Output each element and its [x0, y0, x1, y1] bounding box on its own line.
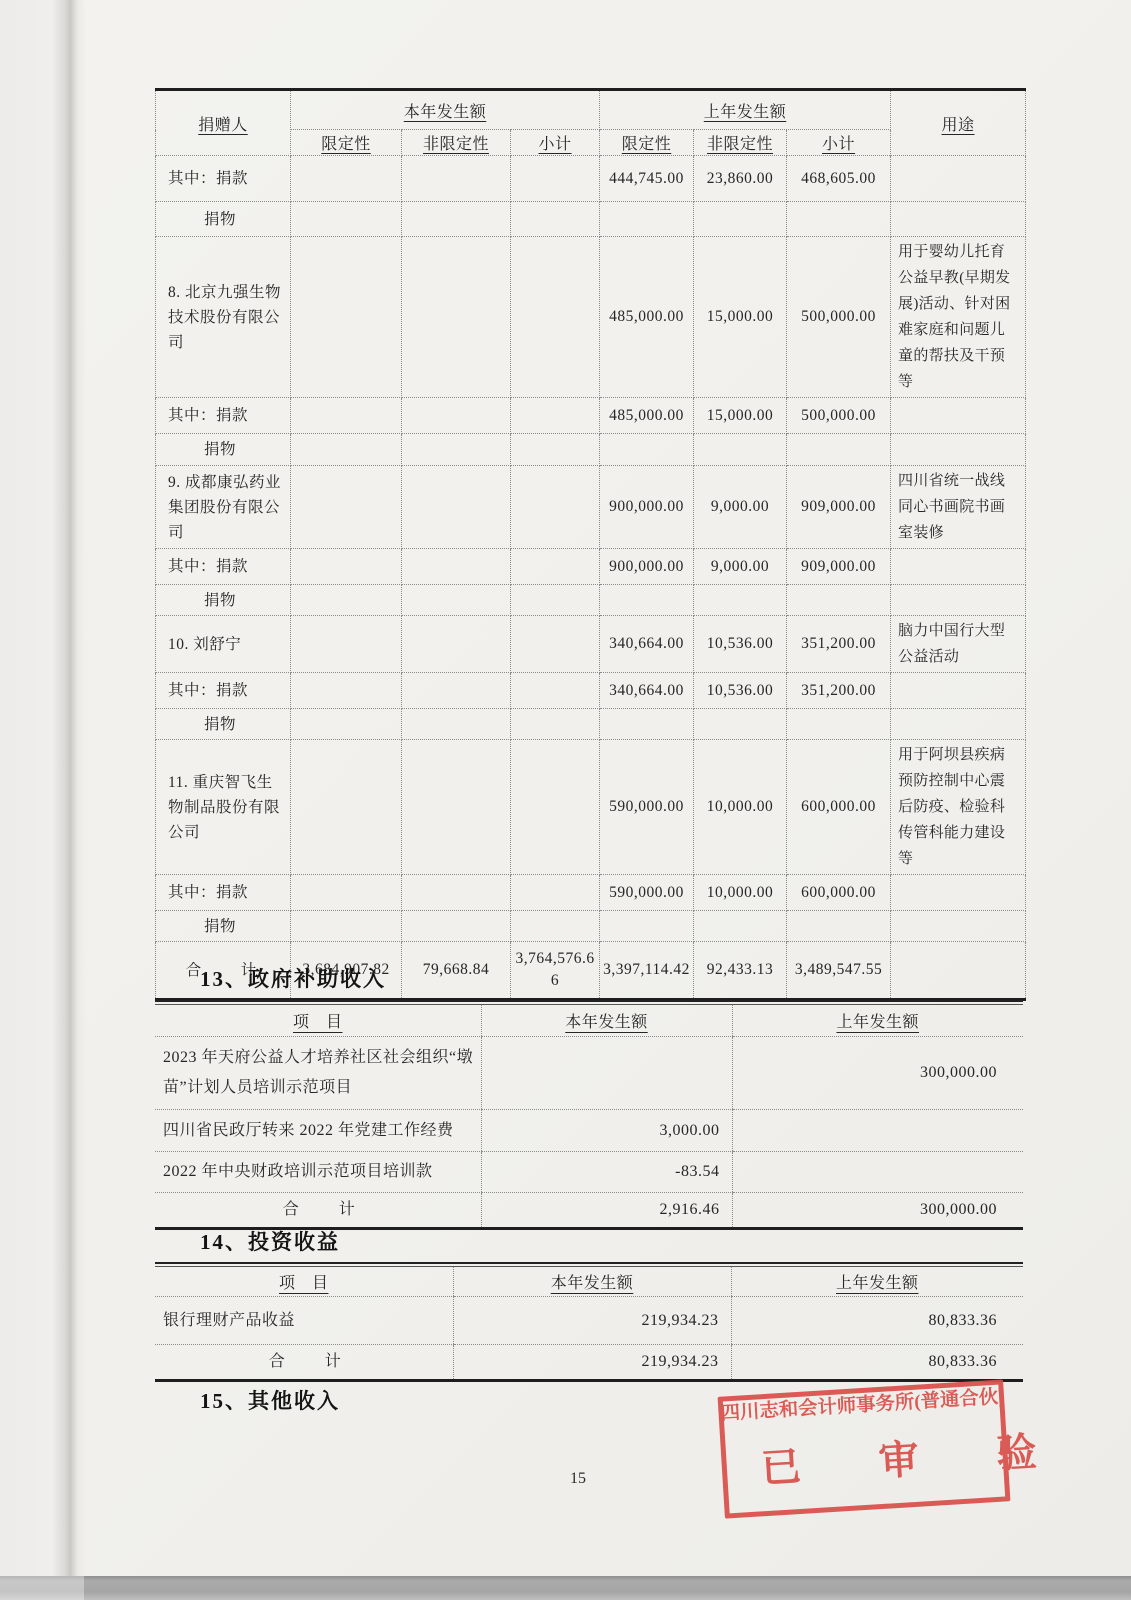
- table-cell: 其中：捐款: [156, 156, 291, 202]
- table-cell: 四川省民政厅转来 2022 年党建工作经费: [155, 1110, 481, 1152]
- table-cell: 9. 成都康弘药业集团股份有限公司: [156, 466, 291, 549]
- table-cell: 非限定性: [402, 130, 511, 156]
- table-row: 其中：捐款 340,664.00 10,536.00 351,200.00: [156, 673, 1026, 709]
- table-cell: 444,745.00: [600, 156, 694, 202]
- table-cell: 限定性: [291, 130, 402, 156]
- table-cell: 11. 重庆智飞生物制品股份有限公司: [156, 740, 291, 875]
- table-cell: 92,433.13: [694, 942, 787, 1000]
- table-cell: [787, 911, 891, 942]
- table-cell: 其中：捐款: [156, 875, 291, 911]
- table-cell: 用于阿坝县疾病预防控制中心震后防疫、检验科传管科能力建设等: [891, 740, 1026, 875]
- table-cell: [291, 616, 402, 673]
- table-cell: [291, 466, 402, 549]
- table-cell: 10,000.00: [694, 875, 787, 911]
- table-cell: [402, 875, 511, 911]
- table-cell: 其中：捐款: [156, 398, 291, 434]
- table-cell: 8. 北京九强生物技术股份有限公司: [156, 237, 291, 398]
- table-header-row: 捐赠人 本年发生额 上年发生额 用途: [156, 90, 1026, 130]
- table-row: 其中：捐款 900,000.00 9,000.00 909,000.00: [156, 549, 1026, 585]
- table-cell: 300,000.00: [732, 1193, 1023, 1229]
- table-cell: [891, 202, 1026, 237]
- table-cell: [891, 673, 1026, 709]
- scan-edge-band-light: [0, 1576, 84, 1600]
- table-cell: [732, 1110, 1023, 1152]
- table-cell: 23,860.00: [694, 156, 787, 202]
- table-cell: [402, 156, 511, 202]
- table-cell: [481, 1037, 732, 1110]
- table-cell: 500,000.00: [787, 237, 891, 398]
- gov-subsidy-table: 项 目 本年发生额 上年发生额 2023 年天府公益人才培养社区社会组织“墩苗”…: [155, 1000, 1023, 1230]
- table-cell: 本年发生额: [291, 90, 600, 130]
- table-row: 其中：捐款 590,000.00 10,000.00 600,000.00: [156, 875, 1026, 911]
- table-row: 其中：捐款 444,745.00 23,860.00 468,605.00: [156, 156, 1026, 202]
- table-cell: [511, 549, 600, 585]
- table-cell: [402, 585, 511, 616]
- table-cell: 小计: [511, 130, 600, 156]
- table-total-row: 合 计 2,916.46 300,000.00: [155, 1193, 1023, 1229]
- table-cell: [291, 156, 402, 202]
- table-cell: [891, 156, 1026, 202]
- table-cell: 10,536.00: [694, 616, 787, 673]
- table-cell: [291, 237, 402, 398]
- table-cell: [732, 1152, 1023, 1193]
- table-cell: 600,000.00: [787, 875, 891, 911]
- table-cell: 用途: [891, 90, 1026, 156]
- table-row: 10. 刘舒宁 340,664.00 10,536.00 351,200.00 …: [156, 616, 1026, 673]
- table-cell: [694, 709, 787, 740]
- table-cell: 15,000.00: [694, 398, 787, 434]
- table-cell: [600, 709, 694, 740]
- table-cell: 其中：捐款: [156, 549, 291, 585]
- table-cell: [402, 911, 511, 942]
- table-cell: 219,934.23: [453, 1345, 731, 1381]
- table-cell: [891, 875, 1026, 911]
- table-cell: [891, 398, 1026, 434]
- table-cell: 900,000.00: [600, 466, 694, 549]
- table-row: 捐物: [156, 911, 1026, 942]
- table-cell: 非限定性: [694, 130, 787, 156]
- table-row: 2022 年中央财政培训示范项目培训款 -83.54: [155, 1152, 1023, 1193]
- table-cell: 219,934.23: [453, 1297, 731, 1345]
- table-cell: 590,000.00: [600, 875, 694, 911]
- table-total-row: 合 计 219,934.23 80,833.36: [155, 1345, 1023, 1381]
- table-cell: 小计: [787, 130, 891, 156]
- table-cell: 合 计: [155, 1345, 453, 1381]
- table-cell: [402, 549, 511, 585]
- table-cell: [694, 434, 787, 466]
- table-cell: [511, 466, 600, 549]
- table-cell: [787, 709, 891, 740]
- table-cell: 项 目: [155, 1005, 481, 1037]
- table-cell: [402, 434, 511, 466]
- table-cell: 351,200.00: [787, 616, 891, 673]
- table-cell: [511, 585, 600, 616]
- table-row: 捐物: [156, 585, 1026, 616]
- table-row: 捐物: [156, 434, 1026, 466]
- page-number: 15: [570, 1470, 586, 1488]
- table-cell: [891, 434, 1026, 466]
- table-row: 8. 北京九强生物技术股份有限公司 485,000.00 15,000.00 5…: [156, 237, 1026, 398]
- table-cell: 351,200.00: [787, 673, 891, 709]
- table-cell: [511, 202, 600, 237]
- donation-income-table: 捐赠人 本年发生额 上年发生额 用途 限定性 非限定性 小计 限定性 非限定性 …: [155, 88, 1026, 1001]
- table-cell: 用于婴幼儿托育公益早教(早期发展)活动、针对困难家庭和问题儿童的帮扶及干预等: [891, 237, 1026, 398]
- table-cell: 上年发生额: [731, 1267, 1023, 1297]
- table-row: 2023 年天府公益人才培养社区社会组织“墩苗”计划人员培训示范项目 300,0…: [155, 1037, 1023, 1110]
- table-cell: [511, 237, 600, 398]
- table-cell: 79,668.84: [402, 942, 511, 1000]
- table-row: 银行理财产品收益 219,934.23 80,833.36: [155, 1297, 1023, 1345]
- table-cell: 四川省统一战线同心书画院书画室装修: [891, 466, 1026, 549]
- table-cell: 其中：捐款: [156, 673, 291, 709]
- table-cell: [511, 616, 600, 673]
- stamp-firm-name: 四川志和会计师事务所(普通合伙): [720, 1382, 1003, 1426]
- table-cell: [600, 202, 694, 237]
- table-cell: [787, 585, 891, 616]
- table-row: 9. 成都康弘药业集团股份有限公司 900,000.00 9,000.00 90…: [156, 466, 1026, 549]
- table-cell: [291, 202, 402, 237]
- table-cell: 909,000.00: [787, 549, 891, 585]
- table-cell: 9,000.00: [694, 549, 787, 585]
- table-cell: 限定性: [600, 130, 694, 156]
- table-cell: 合 计: [155, 1193, 481, 1229]
- table-row: 11. 重庆智飞生物制品股份有限公司 590,000.00 10,000.00 …: [156, 740, 1026, 875]
- table-cell: 10,536.00: [694, 673, 787, 709]
- table-cell: [891, 942, 1026, 1000]
- page-fold-shadow: [0, 0, 86, 1578]
- table-cell: 本年发生额: [481, 1005, 732, 1037]
- table-cell: [511, 434, 600, 466]
- table-cell: 脑力中国行大型公益活动: [891, 616, 1026, 673]
- table-cell: -83.54: [481, 1152, 732, 1193]
- table-cell: 项 目: [155, 1267, 453, 1297]
- section14-heading: 14、投资收益: [200, 1226, 340, 1256]
- table-cell: 15,000.00: [694, 237, 787, 398]
- table-cell: 10. 刘舒宁: [156, 616, 291, 673]
- table-cell: 捐物: [156, 709, 291, 740]
- table-cell: 600,000.00: [787, 740, 891, 875]
- table-cell: 捐赠人: [156, 90, 291, 156]
- table-cell: 3,000.00: [481, 1110, 732, 1152]
- table-cell: [291, 740, 402, 875]
- audit-stamp: 四川志和会计师事务所(普通合伙) 已 审 验: [718, 1379, 1011, 1518]
- table-cell: [402, 237, 511, 398]
- table-row: 四川省民政厅转来 2022 年党建工作经费 3,000.00: [155, 1110, 1023, 1152]
- table-cell: [694, 911, 787, 942]
- table-cell: 485,000.00: [600, 237, 694, 398]
- table-cell: [891, 911, 1026, 942]
- table-cell: [511, 740, 600, 875]
- table-cell: [291, 875, 402, 911]
- table-cell: [511, 398, 600, 434]
- table-cell: 909,000.00: [787, 466, 891, 549]
- table-cell: 300,000.00: [732, 1037, 1023, 1110]
- investment-income-table: 项 目 本年发生额 上年发生额 银行理财产品收益 219,934.23 80,8…: [155, 1262, 1023, 1382]
- table-cell: 500,000.00: [787, 398, 891, 434]
- section13-heading: 13、政府补助收入: [200, 963, 386, 993]
- table-cell: 340,664.00: [600, 616, 694, 673]
- table-cell: [402, 616, 511, 673]
- table-cell: 3,764,576.66: [511, 942, 600, 1000]
- table-cell: 900,000.00: [600, 549, 694, 585]
- table-header-row: 项 目 本年发生额 上年发生额: [155, 1267, 1023, 1297]
- table-cell: 上年发生额: [732, 1005, 1023, 1037]
- table-cell: [511, 156, 600, 202]
- table-cell: [694, 585, 787, 616]
- table-cell: 上年发生额: [600, 90, 891, 130]
- table-cell: [402, 709, 511, 740]
- table-cell: [511, 709, 600, 740]
- table-cell: 捐物: [156, 202, 291, 237]
- table-cell: [291, 434, 402, 466]
- table-row: 捐物: [156, 709, 1026, 740]
- table-cell: 485,000.00: [600, 398, 694, 434]
- scan-edge-band: [0, 1576, 1131, 1600]
- table-cell: 3,489,547.55: [787, 942, 891, 1000]
- scanned-page: 捐赠人 本年发生额 上年发生额 用途 限定性 非限定性 小计 限定性 非限定性 …: [0, 0, 1131, 1600]
- table-cell: 10,000.00: [694, 740, 787, 875]
- table-header-row: 项 目 本年发生额 上年发生额: [155, 1005, 1023, 1037]
- table-cell: [600, 434, 694, 466]
- table-cell: [402, 398, 511, 434]
- table-row: 捐物: [156, 202, 1026, 237]
- table-cell: [291, 911, 402, 942]
- table-cell: 2,916.46: [481, 1193, 732, 1229]
- table-cell: 捐物: [156, 434, 291, 466]
- table-cell: 9,000.00: [694, 466, 787, 549]
- table-cell: [402, 673, 511, 709]
- table-cell: [291, 673, 402, 709]
- table-cell: 本年发生额: [453, 1267, 731, 1297]
- table-cell: [891, 549, 1026, 585]
- table-cell: [891, 585, 1026, 616]
- table-cell: [511, 673, 600, 709]
- table-cell: [402, 740, 511, 875]
- table-cell: 3,397,114.42: [600, 942, 694, 1000]
- table-cell: 590,000.00: [600, 740, 694, 875]
- table-cell: 80,833.36: [731, 1345, 1023, 1381]
- table-cell: [891, 709, 1026, 740]
- table-cell: 2023 年天府公益人才培养社区社会组织“墩苗”计划人员培训示范项目: [155, 1037, 481, 1110]
- table-cell: 银行理财产品收益: [155, 1297, 453, 1345]
- table-cell: [291, 549, 402, 585]
- table-cell: 340,664.00: [600, 673, 694, 709]
- table-row: 其中：捐款 485,000.00 15,000.00 500,000.00: [156, 398, 1026, 434]
- table-cell: [291, 585, 402, 616]
- table-cell: [291, 709, 402, 740]
- table-cell: 捐物: [156, 911, 291, 942]
- section15-heading: 15、其他收入: [200, 1385, 340, 1415]
- table-cell: [600, 911, 694, 942]
- table-cell: [511, 875, 600, 911]
- table-cell: [787, 434, 891, 466]
- table-cell: [402, 466, 511, 549]
- table-cell: 468,605.00: [787, 156, 891, 202]
- table-cell: 捐物: [156, 585, 291, 616]
- table-cell: [694, 202, 787, 237]
- table-cell: 2022 年中央财政培训示范项目培训款: [155, 1152, 481, 1193]
- table-cell: [600, 585, 694, 616]
- table-cell: [511, 911, 600, 942]
- table-cell: [402, 202, 511, 237]
- table-cell: [291, 398, 402, 434]
- table-cell: 80,833.36: [731, 1297, 1023, 1345]
- stamp-audited-text: 已 审 验: [725, 1423, 1004, 1497]
- table-cell: [787, 202, 891, 237]
